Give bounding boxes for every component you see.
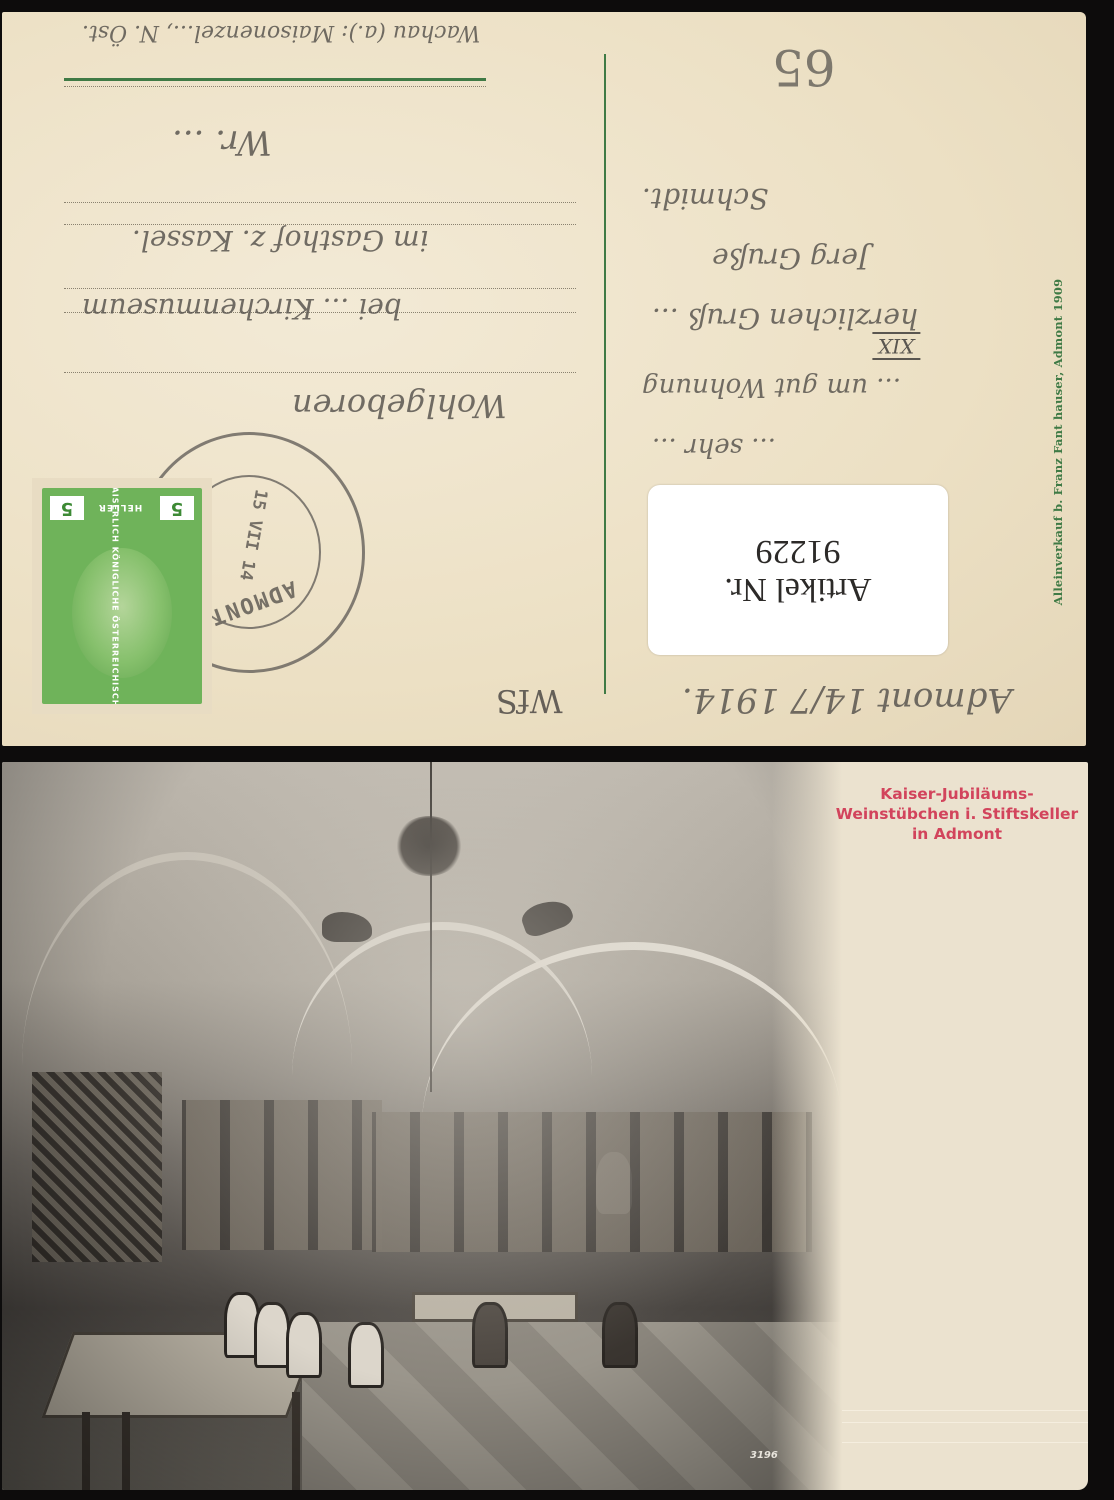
photo-fade [772,762,842,1490]
address-line: Wachau (a.): Maisonenzel..., N. Öst. [82,20,480,45]
message-text: Schmidt. [642,182,768,215]
address-line: bei ... Kirchenmuseum [82,292,402,325]
message-text: ... sehr ... [652,432,776,462]
message-date: Admont 14/7 1914. [682,680,1012,720]
scan-line [842,1442,1088,1443]
address-rule-dotted [64,372,576,373]
postcard-back: Wachau (a.): Maisonenzel..., N. Öst. Wr.… [2,12,1086,746]
pencil-note-bottom: WfS [496,682,563,720]
publisher-credit: Alleinverkauf b. Franz Fant hauser, Admo… [1048,192,1068,692]
address-rule-dotted [64,288,576,289]
photo-vignette [2,762,842,1490]
address-line: im Gasthof z. Kassel. [132,224,429,257]
article-number: 91229 [756,532,841,570]
stamp-value: 5 [50,496,84,520]
emperor-portrait-icon [72,548,172,678]
plate-number: 3196 [750,1450,778,1461]
article-number-label: Artikel Nr. 91229 [648,485,948,655]
caption-line: Kaiser-Jubiläums- [822,784,1088,804]
stamp-face: 5 5 HELLER KAISERLICH KÖNIGLICHE ÖSTERRE… [42,488,202,704]
message-text: Jerg Gruße [712,242,869,275]
pencil-note-top: 65 [772,38,836,96]
address-line: Wr. ... [172,122,272,162]
address-line: Wohlgeboren [292,387,507,425]
caption-line: Weinstübchen i. Stiftskeller [822,804,1088,824]
address-rule-dotted [64,202,576,203]
address-rule-dotted [64,86,486,87]
message-mark: XIX [872,332,920,360]
scan-line [842,1422,1088,1423]
address-rule-solid [64,78,486,81]
stamp-inscription: KAISERLICH KÖNIGLICHE ÖSTERREICHISCHE PO… [111,488,120,704]
caption-line: in Admont [822,824,1088,844]
postcard-front: 3196 Kaiser-Jubiläums- Weinstübchen i. S… [2,762,1088,1490]
message-text: ... um gut Wohnung [642,372,901,402]
postage-stamp: 5 5 HELLER KAISERLICH KÖNIGLICHE ÖSTERRE… [32,478,212,714]
divider-line [604,54,606,694]
postcard-caption: Kaiser-Jubiläums- Weinstübchen i. Stifts… [822,784,1088,844]
stamp-currency: HELLER [98,502,142,512]
article-label-title: Artikel Nr. [724,570,871,608]
cellar-photograph: 3196 [2,762,842,1490]
scan-line [842,1410,1088,1411]
message-text: herzlichen Gruß ... [652,302,918,335]
stamp-value: 5 [160,496,194,520]
